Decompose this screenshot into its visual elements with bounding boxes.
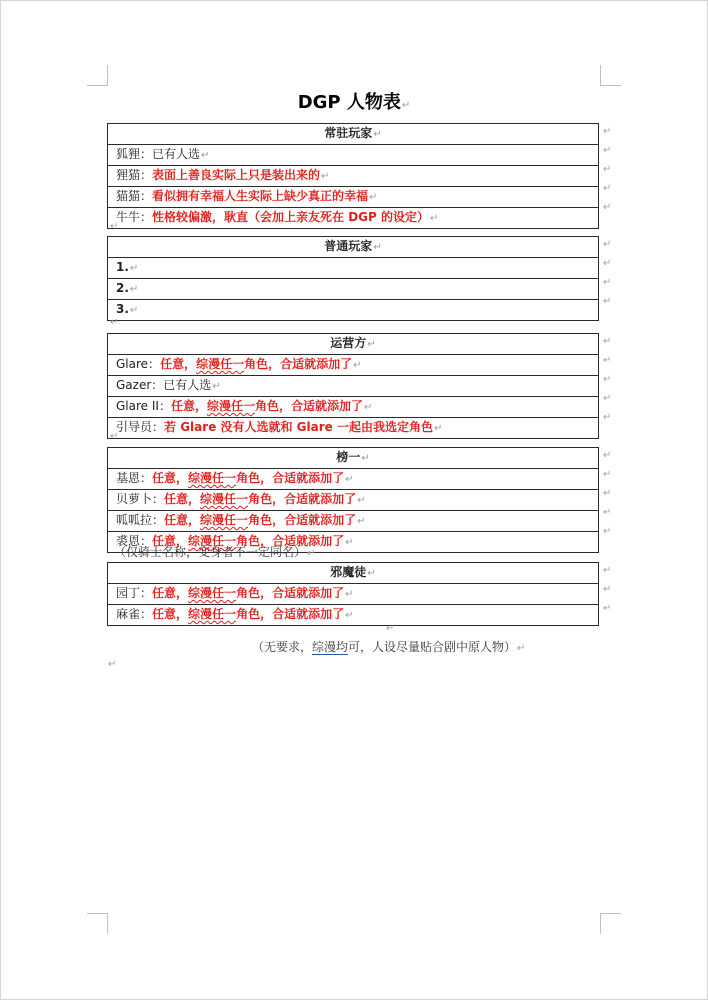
table-row[interactable]: 1.↵ [108, 258, 599, 279]
crop-mark-bottom-right [600, 913, 621, 934]
paragraph-mark-icon: ↵ [110, 316, 118, 330]
table-row[interactable]: Glare：任意，综漫任一角色，合适就添加了↵ [108, 355, 599, 376]
table-row[interactable]: Gazer：已有人选↵ [108, 376, 599, 397]
row-end-mark: ↵ [603, 504, 611, 522]
row-end-mark: ↵ [603, 352, 611, 370]
row-end-mark: ↵ [603, 409, 611, 427]
table-header[interactable]: 邪魔徒↵ [108, 563, 599, 584]
table-top-ranked[interactable]: 榜一↵ 基恩：任意，综漫任一角色，合适就添加了↵ 贝萝卜：任意，综漫任一角色，合… [107, 447, 599, 553]
table-row[interactable]: 3.↵ [108, 300, 599, 321]
row-end-mark: ↵ [603, 293, 611, 311]
row-end-mark: ↵ [603, 255, 611, 273]
crop-mark-top-left [87, 65, 108, 86]
table-row[interactable]: 园丁：任意，综漫任一角色，合适就添加了↵ [108, 584, 599, 605]
table-row[interactable]: 牛牛：性格较偏激，耿直（会加上亲友死在 DGP 的设定）↵ [108, 208, 599, 229]
row-end-mark: ↵ [603, 199, 611, 217]
paragraph-mark-icon: ↵ [108, 658, 116, 672]
row-end-mark: ↵ [603, 371, 611, 389]
table-operators[interactable]: 运营方↵ Glare：任意，综漫任一角色，合适就添加了↵ Gazer：已有人选↵… [107, 333, 599, 439]
table-row[interactable]: 狸猫：表面上善良实际上只是装出来的↵ [108, 166, 599, 187]
table-row[interactable]: 贝萝卜：任意，综漫任一角色，合适就添加了↵ [108, 490, 599, 511]
row-end-mark: ↵ [603, 142, 611, 160]
row-end-mark: ↵ [603, 180, 611, 198]
table-row[interactable]: 呱呱拉：任意，综漫任一角色，合适就添加了↵ [108, 511, 599, 532]
crop-mark-top-right [600, 65, 621, 86]
row-end-mark: ↵ [603, 390, 611, 408]
row-end-mark: ↵ [603, 600, 611, 618]
crop-mark-bottom-left [87, 913, 108, 934]
row-end-mark: ↵ [603, 333, 611, 351]
row-end-mark: ↵ [603, 447, 611, 465]
table-header[interactable]: 常驻玩家↵ [108, 124, 599, 145]
table-header[interactable]: 运营方↵ [108, 334, 599, 355]
row-end-mark: ↵ [603, 523, 611, 541]
table-row[interactable]: 狐狸：已有人选↵ [108, 145, 599, 166]
table-row[interactable]: 猫猫：看似拥有幸福人生实际上缺少真正的幸福↵ [108, 187, 599, 208]
knight-name-note[interactable]: （仅骑士名称，变身者不一定同名）↵ [114, 544, 315, 562]
row-end-mark: ↵ [603, 562, 611, 580]
table-row[interactable]: Glare II：任意，综漫任一角色，合适就添加了↵ [108, 397, 599, 418]
table-regular-players[interactable]: 常驻玩家↵ 狐狸：已有人选↵ 狸猫：表面上善良实际上只是装出来的↵ 猫猫：看似拥… [107, 123, 599, 229]
row-end-mark: ↵ [603, 274, 611, 292]
row-end-mark: ↵ [603, 161, 611, 179]
table-row[interactable]: 引导员：若 Glare 没有人选就和 Glare 一起由我选定角色↵ [108, 418, 599, 439]
row-end-mark: ↵ [603, 123, 611, 141]
table-header[interactable]: 榜一↵ [108, 448, 599, 469]
table-row[interactable]: 2.↵ [108, 279, 599, 300]
table-villains[interactable]: 邪魔徒↵ 园丁：任意，综漫任一角色，合适就添加了↵ 麻雀：任意，综漫任一角色，合… [107, 562, 599, 626]
table-header[interactable]: 普通玩家↵ [108, 237, 599, 258]
row-end-mark: ↵ [603, 236, 611, 254]
document-title[interactable]: DGP 人物表↵ [0, 91, 708, 118]
paragraph-mark-icon: ↵ [402, 100, 410, 111]
paragraph-mark-icon: ↵ [386, 622, 394, 636]
paragraph-mark-icon: ↵ [110, 220, 118, 234]
row-end-mark: ↵ [603, 485, 611, 503]
paragraph-mark-icon: ↵ [110, 430, 118, 444]
table-row[interactable]: 麻雀：任意，综漫任一角色，合适就添加了↵ [108, 605, 599, 626]
closing-note[interactable]: （无要求，综漫均可，人设尽量贴合剧中原人物）↵ [252, 639, 525, 657]
row-end-mark: ↵ [603, 581, 611, 599]
table-row[interactable]: 基恩：任意，综漫任一角色，合适就添加了↵ [108, 469, 599, 490]
row-end-mark: ↵ [603, 466, 611, 484]
table-normal-players[interactable]: 普通玩家↵ 1.↵ 2.↵ 3.↵ [107, 236, 599, 321]
title-text[interactable]: DGP 人物表 [298, 92, 401, 113]
